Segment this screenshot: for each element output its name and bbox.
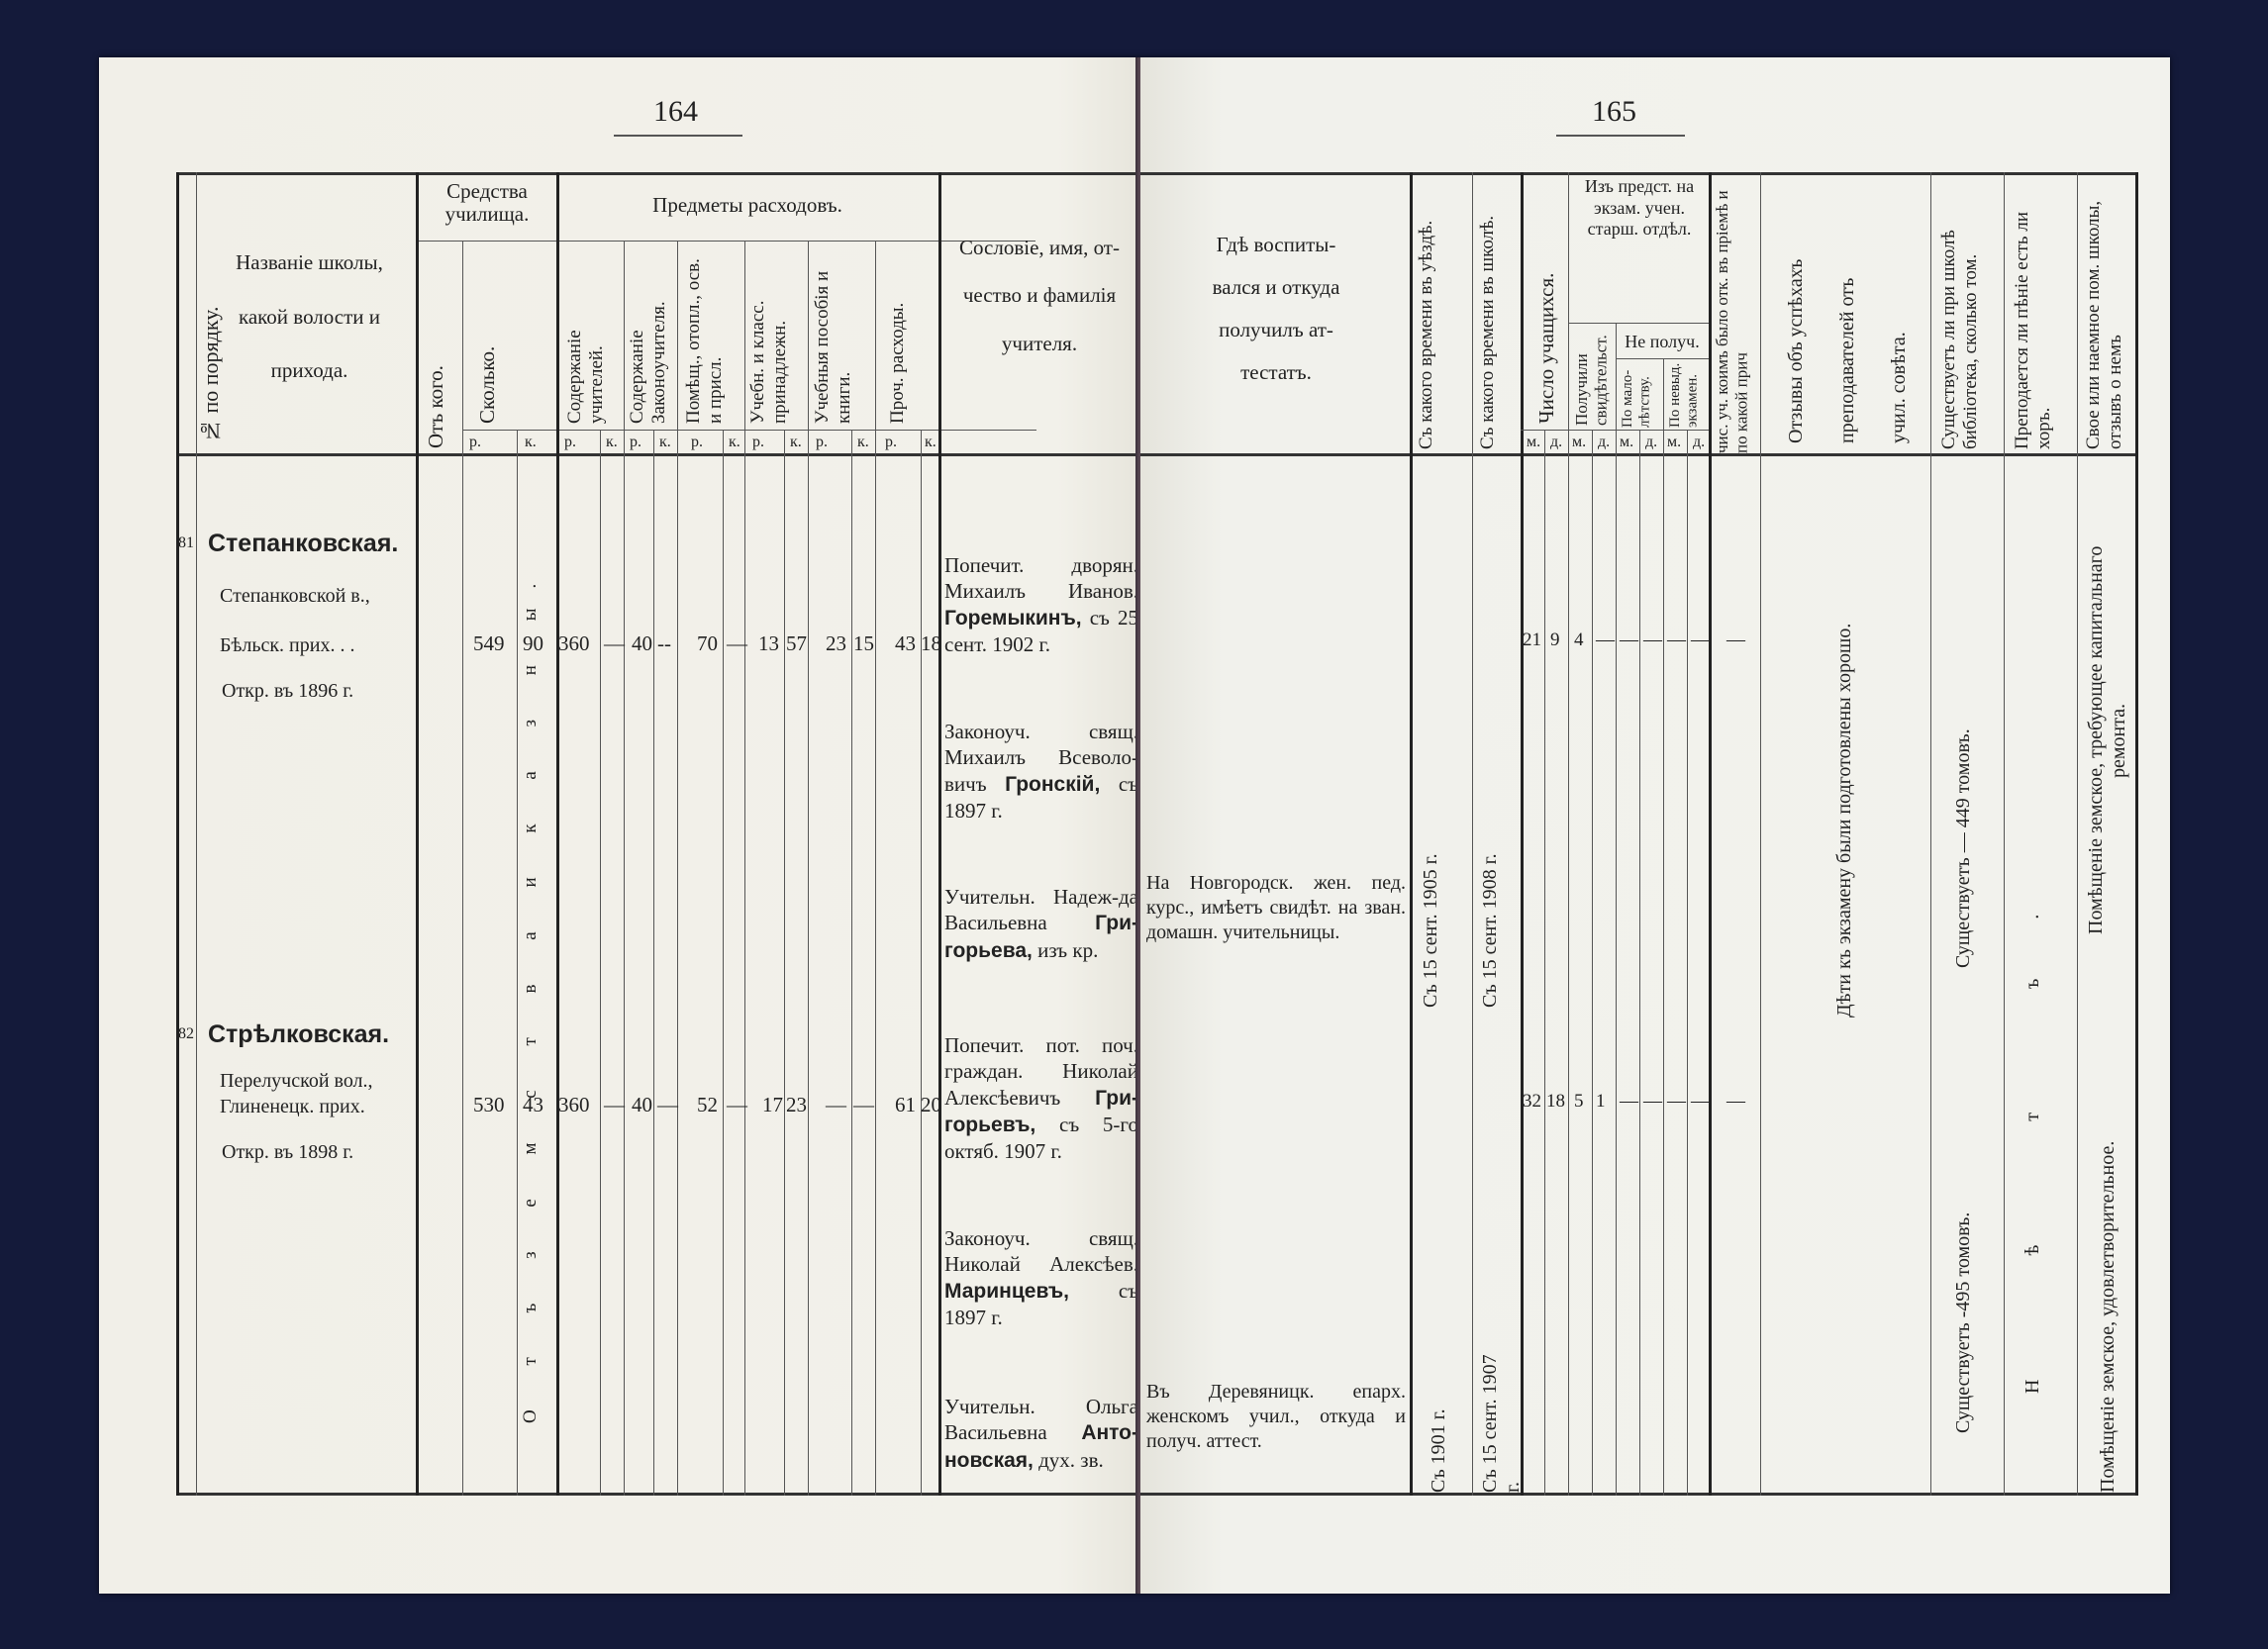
staff-entry: Попечит. дворян. Михаилъ Иванов. Горемык… [944, 552, 1138, 657]
exp-premises-rub: 52 [697, 1093, 718, 1117]
table-top-rule [1140, 172, 2135, 175]
kop-label: к. [857, 434, 869, 451]
col-divider [808, 241, 809, 1496]
funds-kop: 90 [523, 631, 543, 656]
exam-fail-m: — [1667, 1091, 1686, 1113]
header-expenses-group: Предметы расходовъ. [556, 192, 938, 218]
rub-label: р. [885, 434, 897, 451]
exp-law-rub: 40 [632, 631, 652, 656]
exp-teachers-kop: — [604, 631, 625, 656]
exp-premises-kop: — [727, 631, 747, 656]
header-line: какой волости и [208, 290, 411, 344]
staff-entry: Попечит. пот. поч. граждан. Николай Алек… [944, 1032, 1138, 1164]
rub-label: р. [816, 434, 828, 451]
rub-label: р. [630, 434, 641, 451]
pupils-d: 9 [1550, 630, 1560, 651]
m-label: м. [1667, 434, 1681, 451]
col-divider [1687, 430, 1688, 1496]
rub-label: р. [691, 434, 703, 451]
col-divider [416, 172, 419, 1496]
staff-entry: Учительн. Надеж-да Васильевна Гри-горьев… [944, 884, 1138, 964]
school-volost: Перелучской вол., [220, 1069, 373, 1094]
staff-title: Попечит. дворян. Михаилъ Иванов. [944, 553, 1138, 603]
exp-law-rub: 40 [632, 1093, 652, 1117]
kop-label: к. [525, 434, 537, 451]
d-label: д. [1550, 434, 1562, 451]
rub-label: р. [752, 434, 764, 451]
exp-teachers-kop: — [604, 1093, 625, 1117]
exp-books-kop: 15 [853, 631, 874, 656]
school-number: 81 [178, 534, 194, 552]
premises-info: Помѣщеніе земское, требующее капитальнаг… [2085, 523, 2134, 958]
header-exp-premises: Помѣщ., отопл., осв. и присл. [683, 247, 740, 424]
exp-class-kop: 23 [786, 1093, 807, 1117]
exp-other-rub: 43 [895, 631, 916, 656]
rk-rule [462, 430, 1036, 431]
header-funds-group: Средства училища. [418, 180, 556, 226]
exam-fail-d: — [1691, 630, 1710, 651]
header-exp-class-items: Учебн. и класс. принадлежн. [747, 247, 805, 424]
header-bottom-rule [176, 453, 1140, 456]
exp-other-kop: 18 [921, 631, 941, 656]
m-label: м. [1527, 434, 1540, 451]
header-exp-other: Проч. расходы. [887, 247, 909, 424]
col-divider [1760, 172, 1761, 1496]
col-divider [1544, 430, 1545, 1496]
exp-books-rub: — [826, 1093, 846, 1117]
exp-other-rub: 61 [895, 1093, 916, 1117]
d-label: д. [1598, 434, 1610, 451]
since-district: Съ 1901 г. [1428, 1364, 1450, 1493]
exam-sub-rule [1568, 323, 1709, 324]
pupils-d: 18 [1546, 1091, 1565, 1113]
kop-label: к. [659, 434, 671, 451]
header-line: Сословіе, имя, от- [940, 224, 1138, 271]
col-divider [1410, 172, 1413, 1496]
header-line: Названіе школы, [208, 236, 411, 290]
page-number-left: 164 [653, 95, 698, 129]
col-divider [1472, 172, 1473, 1496]
exam-age-m: — [1620, 630, 1638, 651]
kop-label: к. [606, 434, 618, 451]
header-teacher-info: Сословіе, имя, от- чество и фамилія учит… [940, 224, 1138, 367]
col-divider [784, 430, 785, 1496]
exp-class-kop: 57 [786, 631, 807, 656]
exam-age-d: — [1643, 1091, 1662, 1113]
col-divider [2004, 172, 2005, 1496]
exam-cert-d: — [1596, 630, 1615, 651]
exp-teachers-rub: 360 [558, 631, 590, 656]
rub-label: р. [469, 434, 481, 451]
premises-info: Помѣщеніе земское, удовлетворительное. [2097, 1057, 2120, 1493]
kop-label: к. [790, 434, 802, 451]
m-label: м. [1572, 434, 1586, 451]
header-library: Существуетъ ли при школѣ библіотека, ско… [1938, 182, 2002, 449]
table-left-border [176, 172, 179, 1496]
exp-books-kop: — [853, 1093, 874, 1117]
exp-law-kop: — [657, 1093, 678, 1117]
header-premises: Свое или наемное пом. школы, отзывъ о не… [2083, 182, 2134, 449]
reviews-shared: Дѣти къ экзамену были подготовлены хорош… [1833, 523, 1856, 1018]
funds-source-shared: О т ъ з е м с т в а и к а з н ы. [520, 612, 542, 1423]
funds-rub: 530 [473, 1093, 505, 1117]
col-divider [938, 172, 941, 1496]
col-divider [677, 241, 678, 1496]
header-education: Гдѣ воспиты- вался и откуда получилъ ат-… [1146, 224, 1406, 394]
col-divider [2077, 172, 2078, 1496]
header-line: Гдѣ воспиты- [1146, 224, 1406, 266]
staff-surname: Маринцевъ, [944, 1280, 1069, 1303]
col-divider [462, 241, 463, 1496]
header-pupils-count: Число учащихся. [1534, 255, 1558, 424]
header-line: вался и откуда [1146, 266, 1406, 309]
staff-since: изъ кр. [1037, 938, 1098, 962]
pupils-m: 32 [1523, 1091, 1541, 1113]
header-school-name: Названіе школы, какой волости и прихода. [208, 236, 411, 398]
exp-premises-rub: 70 [697, 631, 718, 656]
refused-count: — [1726, 1091, 1745, 1113]
exp-class-rub: 17 [762, 1093, 783, 1117]
col-divider [624, 241, 625, 1496]
exam-age-m: — [1620, 1091, 1638, 1113]
d-label: д. [1693, 434, 1705, 451]
header-singing: Преподается ли пѣніе есть ли хоръ. [2012, 182, 2075, 449]
education-entry: На Новгородск. жен. пед. курс., имѣетъ с… [1146, 871, 1406, 945]
header-line: Отзывы объ успѣхахъ [1785, 259, 1807, 443]
header-bottom-rule [1140, 453, 2135, 456]
col-divider [1616, 323, 1617, 1496]
exam-fail-d: — [1691, 1091, 1710, 1113]
col-divider [921, 430, 922, 1496]
school-number: 82 [178, 1025, 194, 1043]
page-number-rule [614, 135, 742, 137]
staff-since: дух. зв. [1038, 1448, 1104, 1472]
funds-rub: 549 [473, 631, 505, 656]
header-line: учил. совѣта. [1888, 332, 1910, 443]
header-exam-group: Изъ предст. на экзам. учен. старш. отдѣл… [1570, 176, 1709, 241]
rub-label: р. [564, 434, 576, 451]
header-line: учителя. [940, 320, 1138, 367]
library-info: Существуетъ -495 томовъ. [1952, 1107, 1975, 1433]
right-page: 165 Гдѣ воспиты- вался и откуда получилъ… [1140, 57, 2170, 1594]
since-district: Съ 15 сент. 1905 г. [1420, 829, 1469, 1008]
staff-entry: Законоуч. свящ. Михаилъ Всеволо-вичъ Гро… [944, 719, 1138, 824]
kop-label: к. [925, 434, 937, 451]
header-funds-from: Отъ кого. [424, 245, 447, 448]
exp-teachers-rub: 360 [558, 1093, 590, 1117]
school-parish: Глиненецк. прих. [220, 1095, 365, 1119]
header-line: прихода. [208, 343, 411, 398]
not-received-rule [1616, 358, 1709, 359]
col-divider [1592, 430, 1593, 1496]
header-funds-amount: Сколько. [475, 245, 499, 424]
kop-label: к. [729, 434, 740, 451]
col-divider [851, 430, 852, 1496]
exam-fail-m: — [1667, 630, 1686, 651]
col-divider [1521, 172, 1524, 1496]
exam-cert-m: 5 [1574, 1091, 1584, 1113]
page-number-right: 165 [1592, 95, 1636, 129]
col-divider [196, 172, 197, 1496]
refused-count: — [1726, 630, 1745, 651]
header-by-age: По мало-лѣтству. [1620, 362, 1661, 428]
col-divider [1568, 172, 1569, 1496]
funds-sub-rule [416, 241, 594, 242]
header-refused: чис. уч. коимъ было отк. въ пріемѣ и по … [1713, 180, 1758, 453]
singing-shared: Н ѣ т ъ. [2021, 671, 2044, 1394]
exp-books-rub: 23 [826, 631, 846, 656]
school-parish: Бѣльск. прих. . . [220, 633, 354, 658]
since-school: Съ 15 сент. 1908 г. [1479, 829, 1521, 1008]
school-name: Стрѣлковская. [208, 1019, 389, 1050]
header-line: тестатъ. [1146, 351, 1406, 394]
header-not-received: Не получ. [1616, 331, 1709, 353]
exp-class-rub: 13 [758, 631, 779, 656]
header-since-school: Съ какого времени въ школѣ. [1477, 182, 1521, 449]
staff-entry: Учительн. Ольга Васильевна Анто-новская,… [944, 1394, 1138, 1474]
d-label: д. [1645, 434, 1657, 451]
funds-kop: 43 [523, 1093, 543, 1117]
exam-cert-d: 1 [1596, 1091, 1606, 1113]
since-school: Съ 15 сент. 1907 г. [1479, 1344, 1521, 1493]
exp-law-kop: -- [657, 631, 671, 656]
exam-cert-m: 4 [1574, 630, 1584, 651]
header-failed-exam: По невыд. экзамен. [1667, 362, 1707, 428]
exp-other-kop: 20 [921, 1093, 941, 1117]
book-spread: 164 № по порядку. Названіе школы, ка [99, 57, 2170, 1594]
exam-age-d: — [1643, 630, 1662, 651]
col-divider [723, 430, 724, 1496]
header-since-district: Съ какого времени въ уѣздѣ. [1416, 182, 1470, 449]
school-opened: Откр. въ 1898 г. [222, 1140, 353, 1165]
col-divider [1663, 358, 1664, 1496]
col-divider [744, 241, 745, 1496]
table-bottom-rule [176, 1493, 1140, 1496]
school-opened: Откр. въ 1896 г. [222, 679, 353, 704]
page-number-rule [1556, 135, 1685, 137]
school-volost: Степанковской в., [220, 584, 370, 609]
pupils-m: 21 [1523, 630, 1541, 651]
m-label: м. [1620, 434, 1633, 451]
col-divider [600, 430, 601, 1496]
col-divider [1709, 172, 1712, 1496]
header-exp-law-teacher: Содержаніе Законоучителя. [627, 247, 676, 424]
library-info: Существуетъ — 449 томовъ. [1952, 533, 1975, 968]
header-reviews: Отзывы объ успѣхахъ преподавателей отъ у… [1770, 196, 1924, 443]
header-line: чество и фамилія [940, 271, 1138, 319]
education-entry: Въ Деревяницк. епарх. женскомъ учил., от… [1146, 1380, 1406, 1454]
header-line: преподавателей отъ [1836, 278, 1858, 443]
header-got-certificates: Получили свидѣтельст. [1572, 327, 1614, 426]
exp-premises-kop: — [727, 1093, 747, 1117]
col-divider [517, 430, 518, 1496]
staff-surname: Горемыкинъ, [944, 607, 1082, 630]
staff-surname: Гронскій, [1005, 773, 1100, 796]
left-page: 164 № по порядку. Названіе школы, ка [99, 57, 1140, 1594]
header-exp-teachers: Содержаніе учителей. [564, 247, 624, 424]
table-right-border [2135, 172, 2138, 1496]
col-divider [875, 241, 876, 1496]
table-top-rule [176, 172, 1140, 175]
table-bottom-rule [1140, 1493, 2135, 1496]
col-divider [556, 172, 559, 1496]
col-divider [1930, 172, 1931, 1496]
school-name: Степанковская. [208, 529, 398, 559]
col-divider [653, 430, 654, 1496]
header-exp-books: Учебныя пособія и книги. [812, 247, 871, 424]
col-divider [1639, 430, 1640, 1496]
md-rule [1521, 430, 1709, 431]
header-line: получилъ ат- [1146, 309, 1406, 351]
staff-title: Законоуч. свящ. Николай Алексѣев. [944, 1226, 1138, 1276]
staff-entry: Законоуч. свящ. Николай Алексѣев. Маринц… [944, 1225, 1138, 1330]
